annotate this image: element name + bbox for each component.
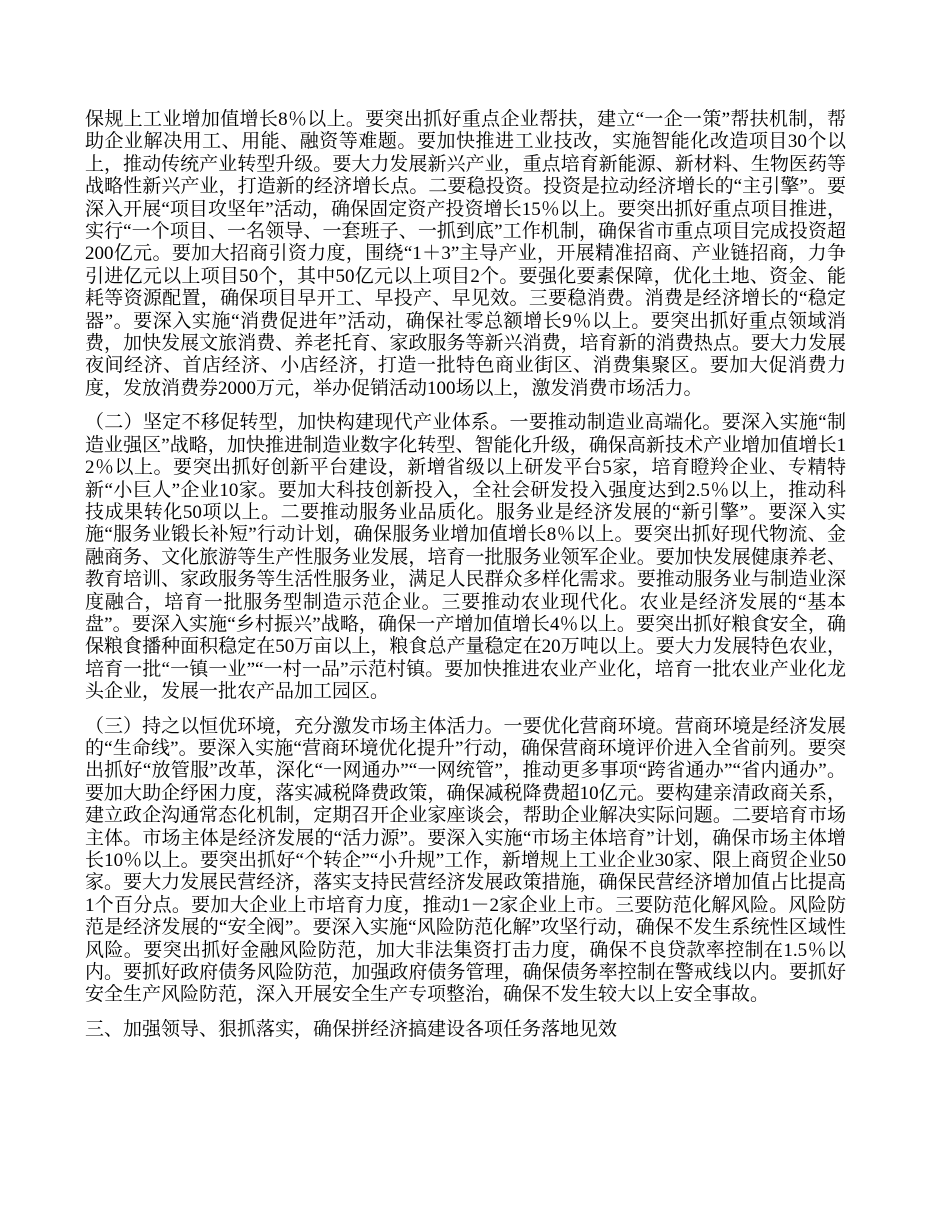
body-paragraph-1: 保规上工业增加值增长8％以上。要突出抓好重点企业帮扶，建立“一企一策”帮扶机制，…: [85, 109, 846, 400]
document-page: 保规上工业增加值增长8％以上。要突出抓好重点企业帮扶，建立“一企一策”帮扶机制，…: [0, 0, 950, 1230]
section-heading-3: 三、加强领导、狠抓落实，确保拼经济搞建设各项任务落地见效: [85, 1019, 846, 1041]
body-paragraph-2: （二）坚定不移促转型，加快构建现代产业体系。一要推动制造业高端化。要深入实施“制…: [85, 412, 846, 703]
body-paragraph-3: （三）持之以恒优环境，充分激发市场主体活力。一要优化营商环境。营商环境是经济发展…: [85, 716, 846, 1007]
